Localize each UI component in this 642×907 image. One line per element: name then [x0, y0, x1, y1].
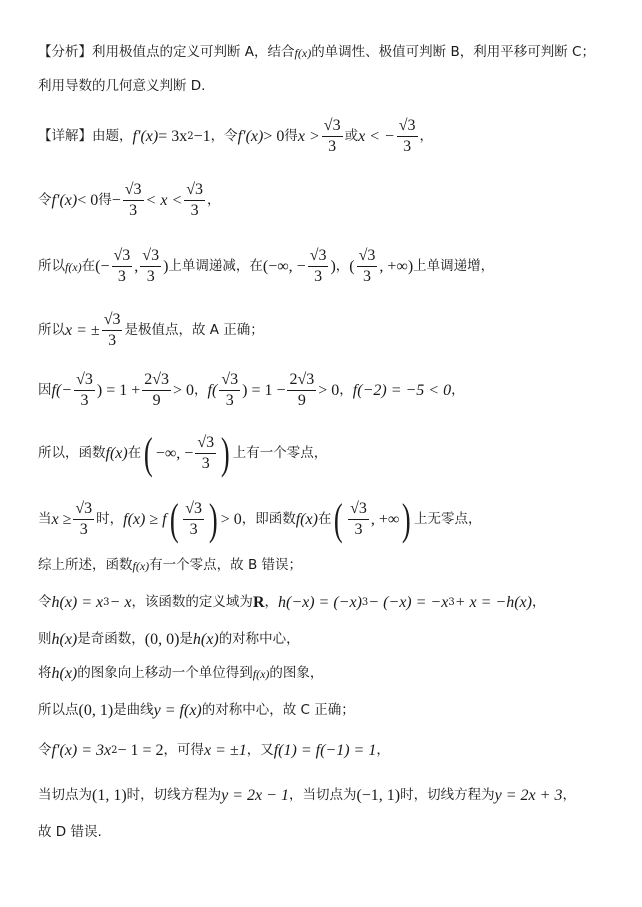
detail-tag: 【详解】: [38, 130, 92, 144]
analysis-tag: 【分析】: [38, 46, 92, 60]
fraction: √33: [219, 372, 240, 410]
right-paren: ): [402, 498, 411, 542]
detail-line-13: 令 f′(x) = 3x2 − 1 = 2 ，可得 x = ±1 ，又 f(1)…: [38, 743, 390, 759]
fraction: √33: [102, 312, 123, 350]
detail-line-8: 综上所述，函数 f(x) 有一个零点，故 B 错误；: [38, 559, 302, 573]
detail-line-5: 因 f(− √33 ) = 1 + 2√39 > 0 ， f( √33 ) = …: [38, 372, 465, 410]
detail-line-6: 所以，函数 f(x) 在 ( −∞, − √33 ) 上有一个零点，: [38, 432, 327, 476]
detail-line-1: 【详解】 由题， f′(x) = 3x2 −1 ，令 f′(x) > 0 得 x…: [38, 118, 433, 156]
detail-line-4: 所以 x = ± √33 是极值点，故 A 正确；: [38, 312, 264, 350]
right-paren: ): [209, 498, 218, 542]
fraction: √33: [112, 248, 133, 286]
detail-line-9: 令 h(x) = x3 − x ，该函数的定义域为 R ， h(−x) = (−…: [38, 595, 545, 611]
fraction: √33: [140, 248, 161, 286]
fraction: √33: [184, 182, 205, 220]
fraction: √33: [397, 118, 418, 156]
fraction: √33: [357, 248, 378, 286]
fraction: 2√39: [287, 372, 316, 410]
detail-line-14: 当切点为 (1, 1) 时，切线方程为 y = 2x − 1 ，当切点为 (−1…: [38, 788, 576, 804]
detail-line-15: 故 D 错误.: [38, 826, 102, 840]
analysis-line-1: 【分析】 利用极值点的定义可判断 A，结合 f(x) 的单调性、极值可判断 B，…: [38, 46, 595, 60]
right-paren: ): [221, 432, 230, 476]
left-paren: (: [170, 498, 179, 542]
detail-line-12: 所以点 (0, 1) 是曲线 y = f(x) 的对称中心，故 C 正确；: [38, 703, 355, 719]
detail-line-7: 当 x ≥ √33 时， f(x) ≥ f ( √33 ) > 0 ，即函数 f…: [38, 498, 481, 542]
fraction: √33: [73, 501, 94, 539]
fraction: √33: [123, 182, 144, 220]
fraction: √33: [195, 435, 216, 473]
detail-line-10: 则 h(x) 是奇函数， (0, 0) 是 h(x) 的对称中心，: [38, 632, 300, 648]
analysis-line-2: 利用导数的几何意义判断 D.: [38, 80, 205, 94]
fraction: √33: [322, 118, 343, 156]
fraction: √33: [348, 501, 369, 539]
left-paren: (: [334, 498, 343, 542]
left-paren: (: [144, 432, 153, 476]
detail-line-2: 令 f′(x) < 0 得 − √33 < x < √33 ，: [38, 182, 221, 220]
detail-line-11: 将 h(x) 的图象向上移动一个单位得到 f(x) 的图象，: [38, 666, 323, 682]
detail-line-3: 所以 f(x) 在 (− √33 , √33 ) 上单调递减，在 (−∞, − …: [38, 248, 494, 286]
fraction: √33: [74, 372, 95, 410]
fraction: 2√39: [142, 372, 171, 410]
fraction: √33: [308, 248, 329, 286]
fraction: √33: [183, 501, 204, 539]
